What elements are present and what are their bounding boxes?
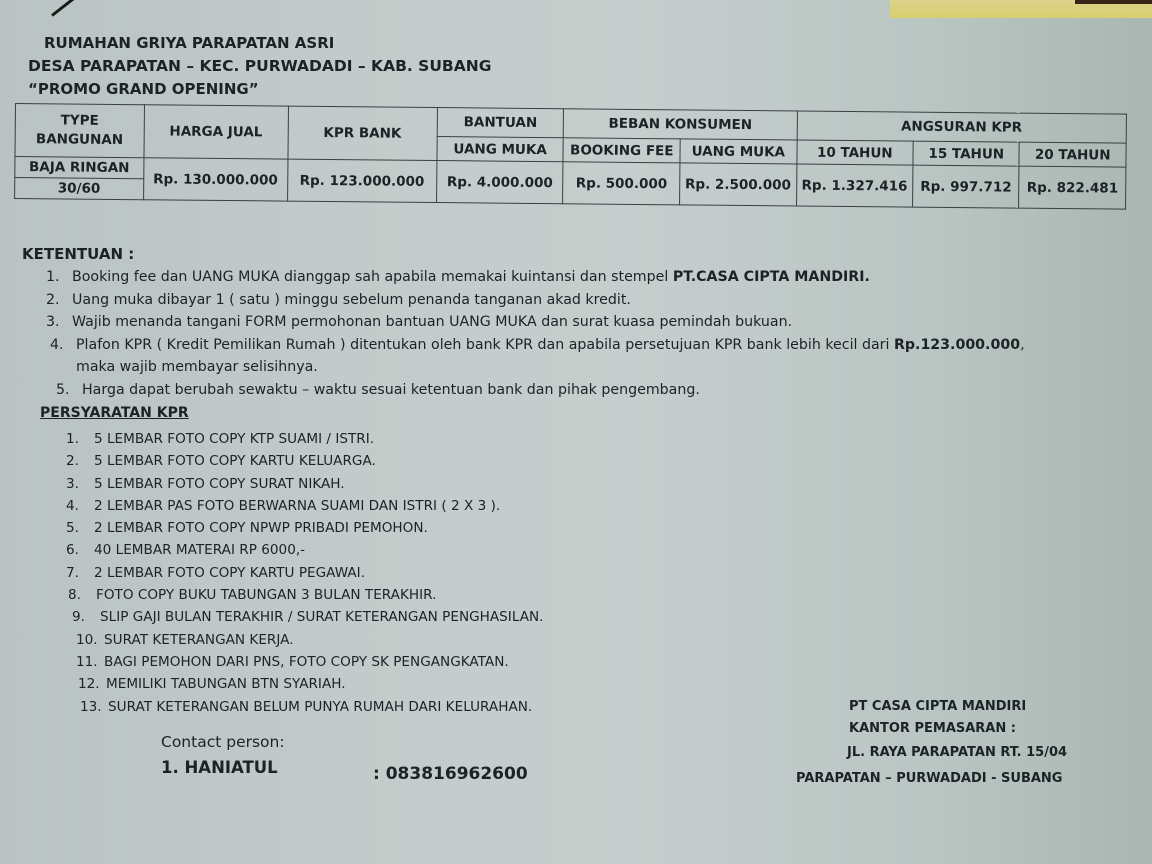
requirement-item: 12.MEMILIKI TABUNGAN BTN SYARIAH. [78,673,544,695]
rule-item: 2.Uang muka dibayar 1 ( satu ) minggu se… [46,289,1126,312]
bantuan-value: Rp. 4.000.000 [436,161,563,204]
type-size: 30/60 [15,178,144,200]
housing-title: RUMAHAN GRIYA PARAPATAN ASRI [28,32,491,55]
requirement-item: 13.SURAT KETERANGAN BELUM PUNYA RUMAH DA… [80,696,544,718]
angsuran-20-header: 20 TAHUN [1019,142,1126,167]
persyaratan-list: 1.5 LEMBAR FOTO COPY KTP SUAMI / ISTRI. … [66,428,544,718]
price-table: TYPE BANGUNAN HARGA JUAL KPR BANK BANTUA… [14,103,1127,210]
pen-mark [51,0,99,17]
requirement-item: 10.SURAT KETERANGAN KERJA. [76,629,544,651]
booking-fee-header: BOOKING FEE [563,138,680,163]
requirement-item: 5.2 LEMBAR FOTO COPY NPWP PRIBADI PEMOHO… [66,517,544,539]
requirement-item: 3.5 LEMBAR FOTO COPY SURAT NIKAH. [66,473,544,495]
location-line: DESA PARAPATAN – KEC. PURWADADI – KAB. S… [28,55,491,78]
requirement-item: 6.40 LEMBAR MATERAI RP 6000,- [66,539,544,561]
harga-jual-header: HARGA JUAL [144,105,288,159]
angsuran-15-header: 15 TAHUN [913,141,1020,166]
document-header: RUMAHAN GRIYA PARAPATAN ASRI DESA PARAPA… [28,32,491,101]
promo-line: “PROMO GRAND OPENING” [28,78,491,101]
type-material: BAJA RINGAN [15,157,144,179]
office-company: PT CASA CIPTA MANDIRI [849,699,1026,714]
requirement-item: 9.SLIP GAJI BULAN TERAKHIR / SURAT KETER… [72,606,544,628]
office-label: KANTOR PEMASARAN : [849,721,1016,736]
beban-header: BEBAN KONSUMEN [564,109,797,140]
requirement-item: 8.FOTO COPY BUKU TABUNGAN 3 BULAN TERAKH… [68,584,544,606]
harga-jual-value: Rp. 130.000.000 [143,158,287,201]
rule-item: 1.Booking fee dan UANG MUKA dianggap sah… [46,266,1126,289]
requirement-item: 1.5 LEMBAR FOTO COPY KTP SUAMI / ISTRI. [66,428,544,450]
requirement-item: 11.BAGI PEMOHON DARI PNS, FOTO COPY SK P… [76,651,544,673]
rule-item: 5.Harga dapat berubah sewaktu – waktu se… [46,379,1126,402]
persyaratan-title: PERSYARATAN KPR [40,405,189,421]
booking-fee-value: Rp. 500.000 [563,162,680,205]
uang-muka-value: Rp. 2.500.000 [680,163,797,206]
requirement-item: 2.5 LEMBAR FOTO COPY KARTU KELUARGA. [66,450,544,472]
background-corner [1075,0,1152,4]
angsuran-header: ANGSURAN KPR [797,111,1127,143]
contact-name: 1. HANIATUL [161,758,278,777]
kpr-bank-value: Rp. 123.000.000 [287,159,436,202]
bantuan-header: BANTUAN [437,108,564,138]
contact-label: Contact person: [161,733,285,751]
rule-item: 3.Wajib menanda tangani FORM permohonan … [46,311,1126,334]
office-address-2: PARAPATAN – PURWADADI - SUBANG [796,771,1062,786]
uang-muka-header: UANG MUKA [680,139,797,164]
office-address-1: JL. RAYA PARAPATAN RT. 15/04 [847,745,1067,760]
angsuran-10-value: Rp. 1.327.416 [796,164,913,207]
bantuan-uang-muka-header: UANG MUKA [437,137,564,162]
contact-phone: : 083816962600 [373,764,528,784]
type-header: TYPE BANGUNAN [15,104,144,158]
angsuran-10-header: 10 TAHUN [796,140,913,165]
requirement-item: 4.2 LEMBAR PAS FOTO BERWARNA SUAMI DAN I… [66,495,544,517]
requirement-item: 7.2 LEMBAR FOTO COPY KARTU PEGAWAI. [66,562,544,584]
kpr-bank-header: KPR BANK [288,106,438,160]
ketentuan-title: KETENTUAN : [22,245,134,263]
rule-item: 4.Plafon KPR ( Kredit Pemilikan Rumah ) … [46,334,1126,379]
angsuran-15-value: Rp. 997.712 [913,165,1020,208]
ketentuan-list: 1.Booking fee dan UANG MUKA dianggap sah… [46,266,1126,401]
angsuran-20-value: Rp. 822.481 [1019,166,1126,209]
